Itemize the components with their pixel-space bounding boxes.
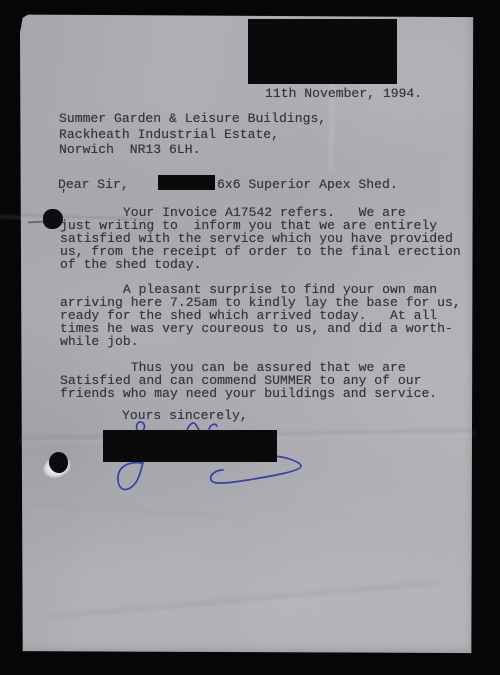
stray-typewriter-mark: ' bbox=[60, 189, 67, 202]
paragraph-2: A pleasant surprise to find your own man… bbox=[60, 283, 461, 348]
salutation-line: Dear Sir, bbox=[58, 178, 129, 191]
redaction-letterhead bbox=[248, 19, 397, 84]
redaction-subject-name bbox=[158, 175, 215, 190]
subject-line: 6x6 Superior Apex Shed. bbox=[217, 178, 398, 191]
recipient-address: Summer Garden & Leisure Buildings, Rackh… bbox=[59, 111, 326, 158]
punch-hole-lower-icon bbox=[49, 452, 68, 473]
signature-stroke bbox=[209, 424, 217, 429]
paragraph-1: Your Invoice A17542 refers. We are just … bbox=[60, 206, 461, 271]
scan-background: 11th November, 1994. Summer Garden & Lei… bbox=[0, 0, 500, 675]
letter-date: 11th November, 1994. bbox=[265, 87, 422, 100]
paragraph-3: Thus you can be assured that we are Sati… bbox=[60, 361, 437, 400]
signature-stroke bbox=[137, 422, 145, 430]
signature-stroke bbox=[187, 423, 199, 430]
redaction-signature-name bbox=[103, 430, 277, 462]
